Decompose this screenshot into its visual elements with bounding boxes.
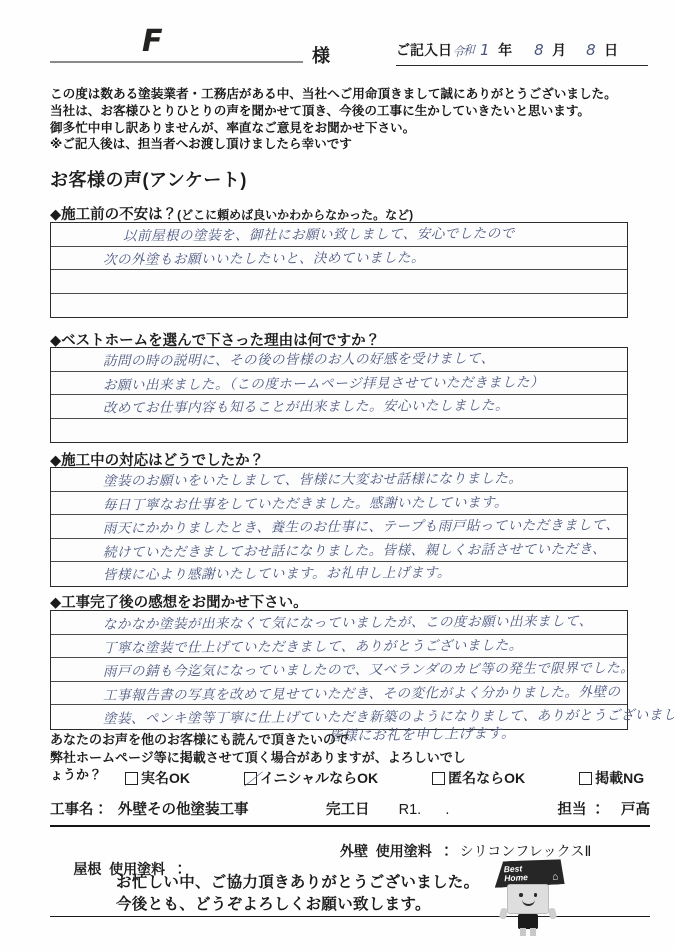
closing-thanks: お忙しい中、ご協力頂きありがとうございました。 今後とも、どうぞよろしくお願い致… [116,872,479,915]
question-4-label: ◆工事完了後の感想をお聞かせ下さい。 [50,591,308,612]
answer-line: 以前屋根の塗装を、御社にお願い致しまして、安心でしたので [51,223,627,247]
answer-line: 続けていただきましておせ話になりました。皆様、親しくお話させていただき、 [51,539,627,563]
answer-line: 改めてお仕事内容も知ることが出来ました。安心いたしました。 [51,395,627,419]
checkbox-label: 実名OK [141,768,190,788]
fill-date-day: 8 [566,41,604,59]
answer-line [51,419,627,443]
customer-survey-scan: F 様 ご記入日令和1年8月8日 この度は数ある塗装業者・工務店がある中、当社へ… [0,0,674,951]
customer-name-value: F [142,24,163,59]
fill-date-month: 8 [512,41,552,59]
checkbox-anonymous-ok[interactable]: 匿名ならOK [432,768,525,788]
answer-line: 訪問の時の説明に、その後の皆様のお人の好感を受けまして、 [51,348,627,372]
answer-line: 塗装のお願いをいたしまして、皆様に大変おせ話様になりました。 [51,468,627,492]
checkbox-label: イニシャルならOK [260,768,378,788]
question-4-answer-box: なかなか塗装が出来なくて気になっていましたが、この度お願い出来まして、 丁寧な塗… [50,610,628,730]
best-home-mascot-logo: Best Home ⌂ [487,858,579,946]
question-3-answer-box: 塗装のお願いをいたしまして、皆様に大変おせ話様になりました。 毎日丁寧なお仕事を… [50,467,628,587]
mascot-eye [519,893,523,897]
checkbox-real-name-ok[interactable]: 実名OK [125,768,190,788]
fill-date-year-label: 年 [498,42,512,58]
closing-thanks-line: お忙しい中、ご協力頂きありがとうございました。 [116,872,479,894]
fill-date-year: 1 [474,41,498,59]
customer-name-underline [50,61,303,63]
answer-line: 次の外塗もお願いいたしたいと、決めていました。 [51,247,627,271]
intro-line: ※ご記入後は、担当者へお渡し頂けましたら幸いです [50,136,640,153]
answer-line: なかなか塗装が出来なくて気になっていましたが、この度お願い出来まして、 [51,611,627,635]
mascot-smile [522,898,535,906]
question-2-answer-box: 訪問の時の説明に、その後の皆様のお人の好感を受けまして、 お願い出来ました。（こ… [50,347,628,443]
intro-line: この度は数ある塗装業者・工務店がある中、当社へご用命頂きまして誠にありがとうござ… [50,86,640,103]
consent-options: 実名OK ／ イニシャルならOK 匿名ならOK 掲載NG [125,768,644,788]
checkbox-box [432,772,445,785]
checkbox-box [125,772,138,785]
answer-line: 皆様に心より感謝いたしています。お礼申し上げます。 [51,562,627,586]
checkbox-initials-ok[interactable]: ／ イニシャルならOK [244,768,378,788]
answer-line: お願い出来ました。（この度ホームページ拝見させていただきました） [51,372,627,396]
consent-line: あなたのお声を他のお客様にも読んで頂きたいので [50,731,470,749]
customer-name-suffix: 様 [312,42,330,68]
mascot-face [507,884,549,914]
checkbox-label: 掲載NG [595,768,644,788]
intro-paragraph: この度は数ある塗装業者・工務店がある中、当社へご用命頂きまして誠にありがとうござ… [50,86,640,153]
answer-line [51,294,627,318]
completion-date-label: 完工日 [326,798,385,819]
fill-date-month-label: 月 [552,42,566,58]
answer-line: 雨天にかかりましたとき、養生のお仕事に、テープも雨戸貼っていただきまして、 [51,515,627,539]
wall-paint-label: 外壁 使用塗料 ： [340,841,454,861]
checkbox-box [579,772,592,785]
survey-title: お客様の声(アンケート) [50,166,247,192]
mascot-leg [530,928,536,936]
completion-date-value: R1. . [399,802,558,818]
house-icon: ⌂ [552,872,559,881]
answer-line: 雨戸の錆も今迄気になっていましたので、又ベランダのカビ等の発生で限界でした。 [51,658,627,682]
closing-thanks-line: 今後とも、どうぞよろしくお願い致します。 [116,894,479,916]
intro-line: 当社は、お客様ひとりひとりの声を聞かせて頂き、今後の工事に生かしていきたいと思い… [50,103,640,120]
question-1-answer-box: 以前屋根の塗装を、御社にお願い致しまして、安心でしたので 次の外塗もお願いいたし… [50,222,628,318]
answer-line [51,270,627,294]
staff-label: 担当 ： [557,798,605,819]
staff-value: 戸高 [621,798,650,819]
intro-line: 御多忙中申し訳ありませんが、率直なご意見をお聞かせ下さい。 [50,120,640,137]
project-name-value: 外壁その他塗装工事 [118,798,326,819]
mascot-arm [548,907,557,919]
mascot-arm [499,907,508,919]
project-info-row: 工事名： 外壁その他塗装工事 完工日 R1. . 担当 ： 戸高 [50,798,650,827]
question-1-note: (どこに頼めば良いかわからなかった。など) [177,208,413,222]
project-name-label: 工事名： [50,798,108,819]
fill-date-label: ご記入日 [396,42,452,58]
fill-date-era: 令和 [452,40,474,60]
answer-line: 毎日丁寧なお仕事をしていただきました。感謝いたしています。 [51,492,627,516]
answer-line: 工事報告書の写真を改めて見せていただき、その変化がよく分かりました。外壁の [51,682,627,706]
question-1-label: ◆施工前の不安は？(どこに頼めば良いかわからなかった。など) [50,203,413,224]
checkbox-no-publication[interactable]: 掲載NG [579,768,644,788]
fill-date-day-label: 日 [604,42,618,58]
fill-date: ご記入日令和1年8月8日 [396,40,648,66]
mascot-body [518,914,538,929]
checkbox-box: ／ [244,772,257,785]
mascot-leg [520,928,526,936]
mascot-eye [534,893,538,897]
checkbox-label: 匿名ならOK [448,768,525,788]
answer-line: 丁寧な塗装で仕上げていただきまして、ありがとうございました。 [51,635,627,659]
